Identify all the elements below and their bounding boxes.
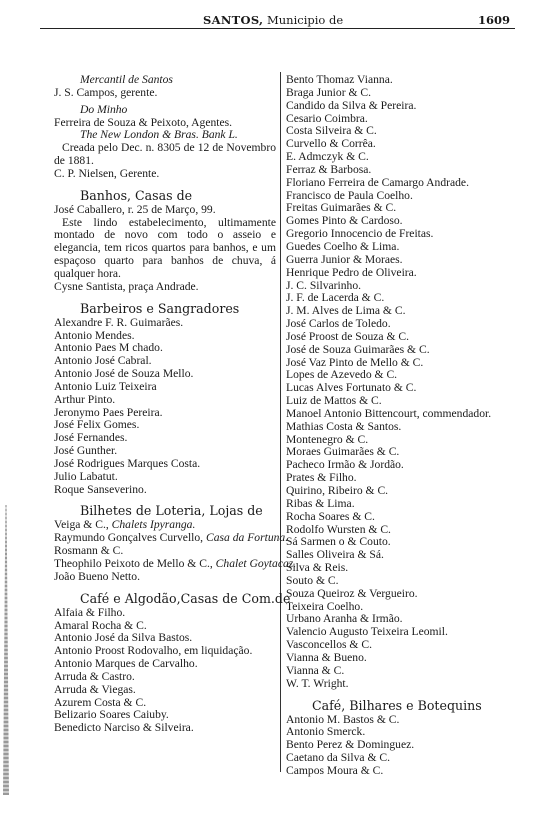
entry-name: Theophilo Peixoto de Mello & C., [54, 557, 213, 570]
directory-entry: Julio Labatut. [54, 471, 276, 484]
left-column: Mercantil de Santos J. S. Campos, gerent… [54, 74, 276, 735]
section-heading: Barbeiros e Sangradores [54, 302, 276, 316]
directory-entry: Manoel Antonio Bittencourt, commendador. [286, 408, 541, 421]
directory-entry: Roque Sanseverino. [54, 484, 276, 497]
directory-entry: José Proost de Souza & C. [286, 331, 541, 344]
entry-name: Raymundo Gonçalves Curvello, [54, 531, 203, 544]
directory-entry: Silva & Reis. [286, 562, 541, 575]
directory-entry: José Gunther. [54, 445, 276, 458]
directory-entry: Benedicto Narciso & Silveira. [54, 722, 276, 735]
city-name: SANTOS, [203, 13, 263, 27]
directory-entry: Vianna & C. [286, 665, 541, 678]
directory-entry: Arruda & Viegas. [54, 684, 276, 697]
bank-name: Do Minho [54, 104, 276, 117]
directory-entry: Souza Queiroz & Vergueiro. [286, 588, 541, 601]
directory-entry: José Carlos de Toledo. [286, 318, 541, 331]
directory-entry: Henrique Pedro de Oliveira. [286, 267, 541, 280]
directory-entry: Souto & C. [286, 575, 541, 588]
directory-entry: Guerra Junior & Moraes. [286, 254, 541, 267]
section-heading: Café, Bilhares e Botequins [286, 699, 541, 713]
column-divider [280, 72, 281, 772]
header-subtitle: Municipio de [267, 13, 343, 27]
page-title: SANTOS, Municipio de [203, 14, 343, 27]
directory-entry: Cysne Santista, praça Andrade. [54, 281, 276, 294]
entry-shop: Chalet Goytacaz. [216, 557, 297, 570]
bank-detail: C. P. Nielsen, Gerente. [54, 168, 276, 181]
directory-entry: Ferraz & Barbosa. [286, 164, 541, 177]
entry-shop: Chalets Ipyranga. [112, 518, 196, 531]
section-heading: Banhos, Casas de [54, 189, 276, 203]
section-heading: Bilhetes de Loteria, Lojas de [54, 504, 276, 518]
right-column: Bento Thomaz Vianna. Braga Junior & C. C… [286, 74, 541, 778]
directory-entry: Ribas & Lima. [286, 498, 541, 511]
directory-entry: Vianna & Bueno. [286, 652, 541, 665]
page-number: 1609 [478, 14, 510, 27]
directory-entry: Antonio Marques de Carvalho. [54, 658, 276, 671]
directory-entry: Alexandre F. R. Guimarães. [54, 317, 276, 330]
directory-entry: E. Admczyk & C. [286, 151, 541, 164]
directory-entry: José de Souza Guimarães & C. [286, 344, 541, 357]
directory-entry: Rocha Soares & C. [286, 511, 541, 524]
directory-description: Este lindo estabelecimento, ultimamente … [54, 217, 276, 281]
directory-entry: Candido da Silva & Pereira. [286, 100, 541, 113]
directory-entry: Alfaia & Filho. [54, 607, 276, 620]
running-header: SANTOS, Municipio de 1609 [40, 14, 515, 29]
directory-entry: Floriano Ferreira de Camargo Andrade. [286, 177, 541, 190]
directory-entry: Arruda & Castro. [54, 671, 276, 684]
bank-detail: J. S. Campos, gerente. [54, 87, 276, 100]
directory-entry: Campos Moura & C. [286, 765, 541, 778]
section-heading: Café e Algodão,Casas de Com.de [54, 592, 276, 606]
directory-entry: Bento Thomaz Vianna. [286, 74, 541, 87]
directory-entry: José Rodrigues Marques Costa. [54, 458, 276, 471]
entry-shop: Casa da Fortuna. [206, 531, 288, 544]
page-edge-shadow [3, 505, 9, 795]
directory-entry: Arthur Pinto. [54, 394, 276, 407]
entry-name: Veiga & C., [54, 518, 109, 531]
directory-entry: Antonio José de Souza Mello. [54, 368, 276, 381]
directory-entry: Braga Junior & C. [286, 87, 541, 100]
directory-entry: José Caballero, r. 25 de Março, 99. [54, 204, 276, 217]
directory-entry: Caetano da Silva & C. [286, 752, 541, 765]
directory-entry: João Bueno Netto. [54, 571, 276, 584]
directory-entry: W. T. Wright. [286, 678, 541, 691]
directory-entry: Mathias Costa & Santos. [286, 421, 541, 434]
bank-name: Mercantil de Santos [54, 74, 276, 87]
bank-note: Creada pelo Dec. n. 8305 de 12 de Novemb… [54, 142, 276, 168]
directory-entry: Quirino, Ribeiro & C. [286, 485, 541, 498]
directory-entry: Antonio Luiz Teixeira [54, 381, 276, 394]
directory-entry: Theophilo Peixoto de Mello & C., Chalet … [54, 558, 276, 571]
directory-entry: Guedes Coelho & Lima. [286, 241, 541, 254]
directory-entry: Luiz de Mattos & C. [286, 395, 541, 408]
